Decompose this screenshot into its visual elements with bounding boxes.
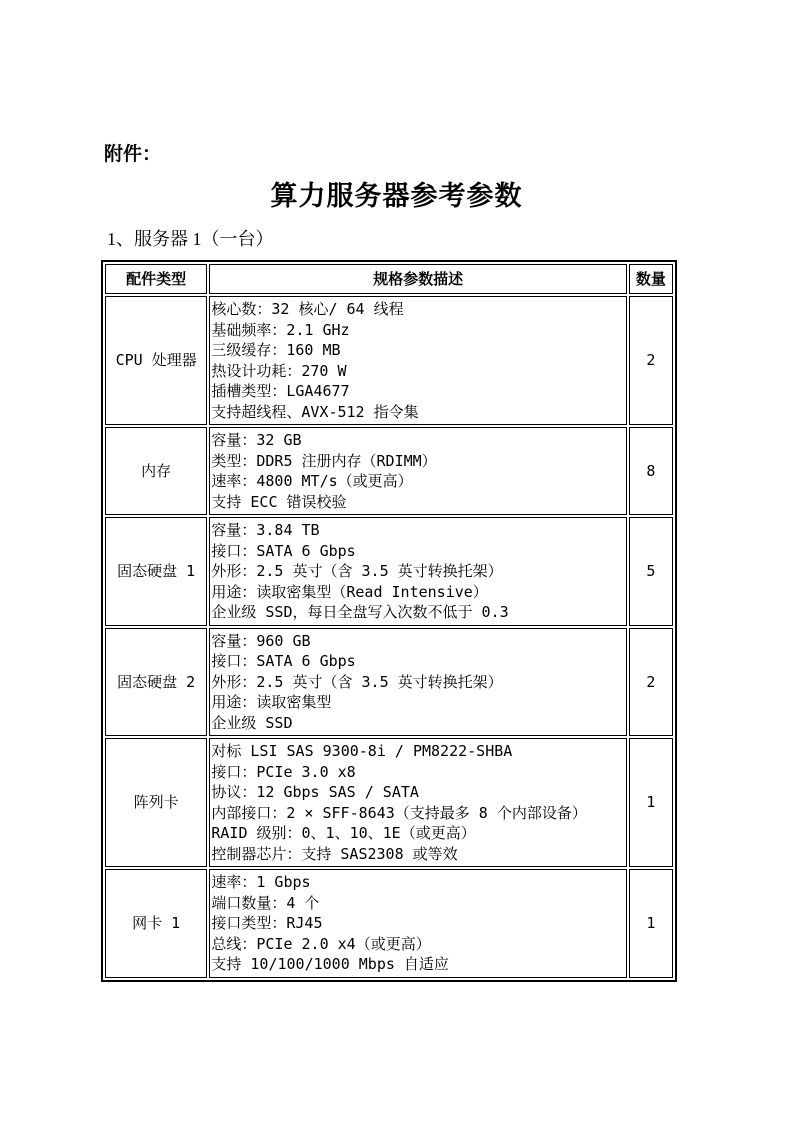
table-row: CPU 处理器 核心数：32 核心/ 64 线程 基础频率：2.1 GHz 三级… bbox=[105, 296, 673, 425]
spec-line: 容量：32 GB bbox=[211, 430, 624, 451]
document-page: 附件： 算力服务器参考参数 1、服务器 1（一台） 配件类型 规格参数描述 数量… bbox=[0, 0, 793, 1122]
spec-line: 接口：PCIe 3.0 x8 bbox=[211, 762, 624, 783]
table-row: 阵列卡 对标 LSI SAS 9300-8i / PM8222-SHBA 接口：… bbox=[105, 738, 673, 867]
quantity-cell: 5 bbox=[629, 517, 673, 626]
spec-list-cell: 容量：3.84 TB 接口：SATA 6 Gbps 外形：2.5 英寸（含 3.… bbox=[209, 517, 626, 626]
attachment-label: 附件： bbox=[104, 142, 161, 168]
quantity-cell: 1 bbox=[629, 869, 673, 978]
table-header-row: 配件类型 规格参数描述 数量 bbox=[105, 264, 673, 294]
spec-line: 支持 ECC 错误校验 bbox=[211, 492, 624, 513]
spec-line: 接口：SATA 6 Gbps bbox=[211, 651, 624, 672]
spec-line: 用途：读取密集型（Read Intensive） bbox=[211, 582, 624, 603]
spec-table: 配件类型 规格参数描述 数量 CPU 处理器 核心数：32 核心/ 64 线程 … bbox=[101, 260, 677, 982]
spec-line: 插槽类型：LGA4677 bbox=[211, 381, 624, 402]
quantity-cell: 8 bbox=[629, 427, 673, 515]
quantity-cell: 1 bbox=[629, 738, 673, 867]
spec-line: 内部接口：2 × SFF-8643（支持最多 8 个内部设备） bbox=[211, 803, 624, 824]
column-header-quantity: 数量 bbox=[629, 264, 673, 294]
spec-line: 支持 10/100/1000 Mbps 自适应 bbox=[211, 954, 624, 975]
spec-list-cell: 速率：1 Gbps 端口数量：4 个 接口类型：RJ45 总线：PCIe 2.0… bbox=[209, 869, 626, 978]
spec-line: 容量：960 GB bbox=[211, 631, 624, 652]
component-name-cell: 固态硬盘 1 bbox=[105, 517, 207, 626]
spec-line: 基础频率：2.1 GHz bbox=[211, 320, 624, 341]
table-row: 固态硬盘 1 容量：3.84 TB 接口：SATA 6 Gbps 外形：2.5 … bbox=[105, 517, 673, 626]
spec-line: 企业级 SSD，每日全盘写入次数不低于 0.3 bbox=[211, 602, 624, 623]
spec-line: 企业级 SSD bbox=[211, 713, 624, 734]
spec-line: 总线：PCIe 2.0 x4（或更高） bbox=[211, 934, 624, 955]
section-heading: 1、服务器 1（一台） bbox=[107, 226, 274, 252]
spec-line: 三级缓存：160 MB bbox=[211, 340, 624, 361]
table-row: 网卡 1 速率：1 Gbps 端口数量：4 个 接口类型：RJ45 总线：PCI… bbox=[105, 869, 673, 978]
spec-line: 用途：读取密集型 bbox=[211, 692, 624, 713]
spec-line: 速率：1 Gbps bbox=[211, 872, 624, 893]
spec-list-cell: 核心数：32 核心/ 64 线程 基础频率：2.1 GHz 三级缓存：160 M… bbox=[209, 296, 626, 425]
spec-line: 速率：4800 MT/s（或更高） bbox=[211, 471, 624, 492]
component-name-cell: 阵列卡 bbox=[105, 738, 207, 867]
quantity-cell: 2 bbox=[629, 628, 673, 737]
column-header-spec: 规格参数描述 bbox=[209, 264, 626, 294]
spec-line: 接口类型：RJ45 bbox=[211, 913, 624, 934]
page-title: 算力服务器参考参数 bbox=[0, 180, 793, 212]
spec-line: 端口数量：4 个 bbox=[211, 893, 624, 914]
spec-list-cell: 容量：32 GB 类型：DDR5 注册内存（RDIMM） 速率：4800 MT/… bbox=[209, 427, 626, 515]
component-name-cell: CPU 处理器 bbox=[105, 296, 207, 425]
spec-line: 类型：DDR5 注册内存（RDIMM） bbox=[211, 451, 624, 472]
spec-line: 控制器芯片：支持 SAS2308 或等效 bbox=[211, 844, 624, 865]
spec-line: 核心数：32 核心/ 64 线程 bbox=[211, 299, 624, 320]
spec-list-cell: 容量：960 GB 接口：SATA 6 Gbps 外形：2.5 英寸（含 3.5… bbox=[209, 628, 626, 737]
column-header-component: 配件类型 bbox=[105, 264, 207, 294]
spec-line: 接口：SATA 6 Gbps bbox=[211, 541, 624, 562]
spec-line: 热设计功耗：270 W bbox=[211, 361, 624, 382]
spec-line: 支持超线程、AVX-512 指令集 bbox=[211, 402, 624, 423]
spec-line: 对标 LSI SAS 9300-8i / PM8222-SHBA bbox=[211, 741, 624, 762]
component-name-cell: 固态硬盘 2 bbox=[105, 628, 207, 737]
table-row: 内存 容量：32 GB 类型：DDR5 注册内存（RDIMM） 速率：4800 … bbox=[105, 427, 673, 515]
component-name-cell: 网卡 1 bbox=[105, 869, 207, 978]
spec-line: 外形：2.5 英寸（含 3.5 英寸转换托架） bbox=[211, 561, 624, 582]
spec-line: 外形：2.5 英寸（含 3.5 英寸转换托架） bbox=[211, 672, 624, 693]
spec-line: RAID 级别：0、1、10、1E（或更高） bbox=[211, 823, 624, 844]
quantity-cell: 2 bbox=[629, 296, 673, 425]
spec-line: 容量：3.84 TB bbox=[211, 520, 624, 541]
spec-line: 协议：12 Gbps SAS / SATA bbox=[211, 782, 624, 803]
spec-list-cell: 对标 LSI SAS 9300-8i / PM8222-SHBA 接口：PCIe… bbox=[209, 738, 626, 867]
component-name-cell: 内存 bbox=[105, 427, 207, 515]
table-row: 固态硬盘 2 容量：960 GB 接口：SATA 6 Gbps 外形：2.5 英… bbox=[105, 628, 673, 737]
